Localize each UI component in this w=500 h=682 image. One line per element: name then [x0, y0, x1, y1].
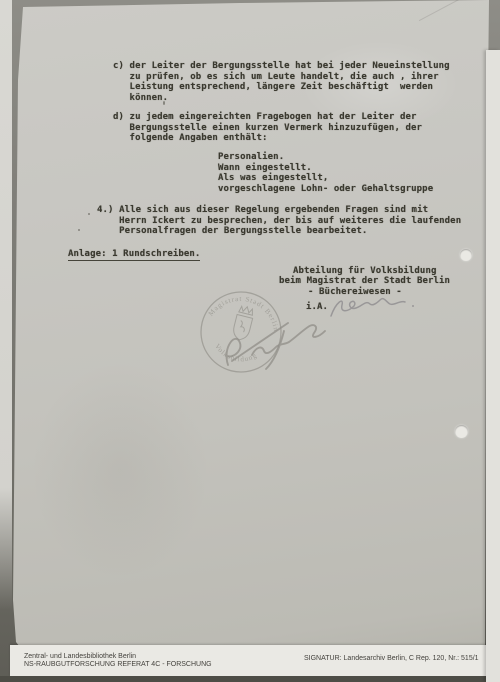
footer-shadow: [0, 676, 488, 682]
enclosure-text: Anlage: 1 Rundschreiben.: [68, 249, 200, 261]
ia-label: i.A.: [306, 302, 328, 313]
enclosure-note: Anlage: 1 Rundschreiben.: [68, 249, 200, 260]
letter-item-4: 4.) Alle sich aus dieser Regelung ergebe…: [97, 205, 461, 237]
library-credit-line1: Zentral- und Landesbibliothek Berlin: [24, 653, 136, 661]
punch-hole-bottom: [455, 425, 468, 438]
document-scan: c) der Leiter der Bergungsstelle hat bei…: [0, 0, 500, 682]
letter-item-c: c) der Leiter der Bergungsstelle hat bei…: [113, 61, 450, 103]
sender-authority: beim Magistrat der Stadt Berlin: [279, 276, 450, 287]
sender-department: Abteilung für Volksbildung: [293, 266, 436, 277]
library-credit-line2: NS-RAUBGUTFORSCHUNG REFERAT 4C - FORSCHU…: [24, 661, 212, 669]
sender-office: - Büchereiwesen -: [308, 287, 402, 298]
scan-left-edge: [0, 0, 12, 610]
personnel-details-list: Personalien. Wann eingestellt. Als was e…: [218, 152, 433, 194]
scan-right-edge: [486, 50, 500, 682]
ink-speck: [78, 229, 80, 231]
archive-signature-reference: SIGNATUR: Landesarchiv Berlin, C Rep. 12…: [304, 655, 479, 663]
punch-hole-top: [460, 249, 472, 261]
letter-item-d: d) zu jedem eingereichten Fragebogen hat…: [113, 112, 422, 144]
ink-speck: [88, 213, 90, 215]
